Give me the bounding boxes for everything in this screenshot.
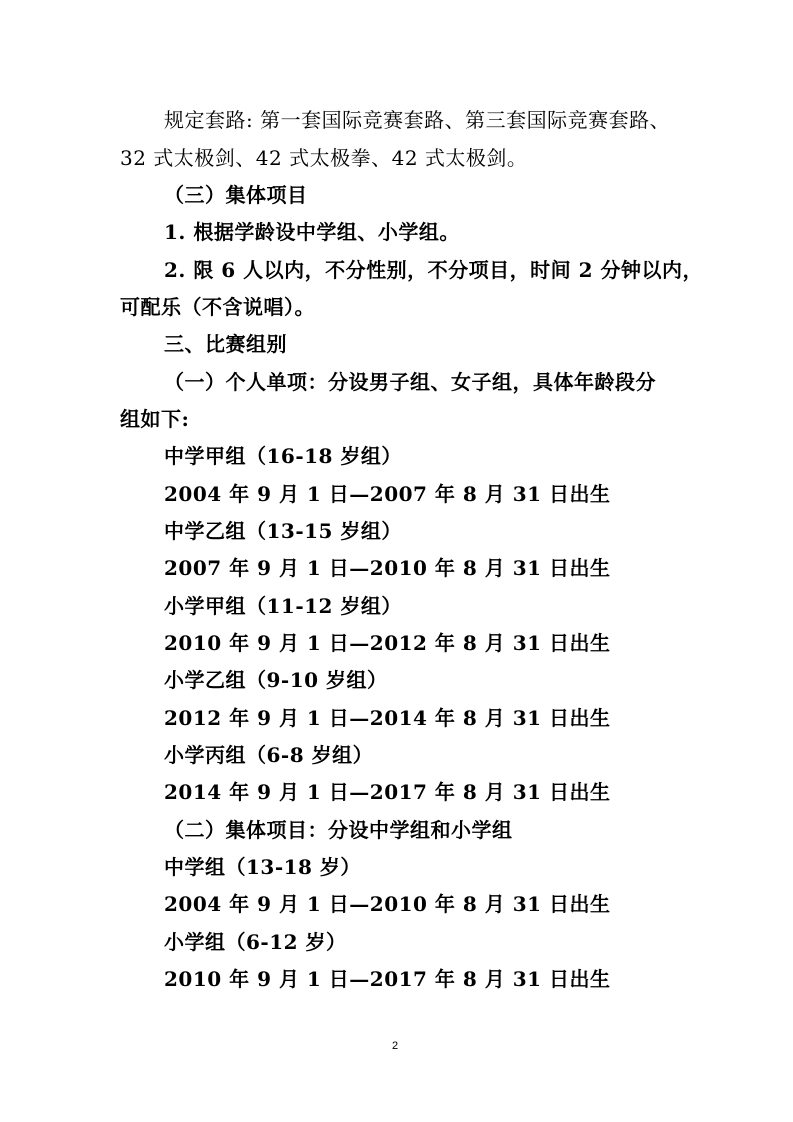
subheading-individual: （一）个人单项：分设男子组、女子组，具体年龄段分 bbox=[164, 369, 656, 395]
section-heading-divisions: 三、比赛组别 bbox=[164, 331, 287, 357]
paragraph-compulsory-routines-cont: 32 式太极剑、42 式太极拳、42 式太极剑。 bbox=[120, 145, 527, 171]
division-dates: 2010 年 9 月 1 日—2012 年 8 月 31 日出生 bbox=[164, 630, 611, 656]
division-label: 小学丙组（6-8 岁组） bbox=[164, 742, 373, 768]
division-dates: 2004 年 9 月 1 日—2007 年 8 月 31 日出生 bbox=[164, 481, 611, 507]
list-item-2-cont: 可配乐（不含说唱）。 bbox=[120, 294, 315, 320]
division-label: 小学甲组（11-12 岁组） bbox=[164, 593, 402, 619]
division-label: 中学乙组（13-15 岁组） bbox=[164, 518, 402, 544]
list-item-1: 1. 根据学龄设中学组、小学组。 bbox=[164, 219, 460, 245]
list-item-2: 2. 限 6 人以内，不分性别，不分项目，时间 2 分钟以内， bbox=[164, 257, 703, 283]
division-dates: 2014 年 9 月 1 日—2017 年 8 月 31 日出生 bbox=[164, 779, 611, 805]
division-dates: 2012 年 9 月 1 日—2014 年 8 月 31 日出生 bbox=[164, 705, 611, 731]
page-number: 2 bbox=[392, 1040, 398, 1052]
division-label: 中学甲组（16-18 岁组） bbox=[164, 443, 402, 469]
division-dates: 2004 年 9 月 1 日—2010 年 8 月 31 日出生 bbox=[164, 891, 611, 917]
paragraph-compulsory-routines: 规定套路: 第一套国际竞赛套路、第三套国际竞赛套路、 bbox=[164, 107, 670, 133]
heading-group-events: （三）集体项目 bbox=[164, 182, 308, 208]
subheading-group: （二）集体项目：分设中学组和小学组 bbox=[164, 817, 513, 843]
division-label: 小学组（6-12 岁） bbox=[164, 929, 347, 955]
division-label: 小学乙组（9-10 岁组） bbox=[164, 667, 388, 693]
division-dates: 2007 年 9 月 1 日—2010 年 8 月 31 日出生 bbox=[164, 555, 611, 581]
division-dates: 2010 年 9 月 1 日—2017 年 8 月 31 日出生 bbox=[164, 966, 611, 992]
division-label: 中学组（13-18 岁） bbox=[164, 854, 361, 880]
subheading-individual-cont: 组如下: bbox=[120, 406, 189, 432]
document-page: 规定套路: 第一套国际竞赛套路、第三套国际竞赛套路、 32 式太极剑、42 式太… bbox=[0, 0, 793, 1122]
